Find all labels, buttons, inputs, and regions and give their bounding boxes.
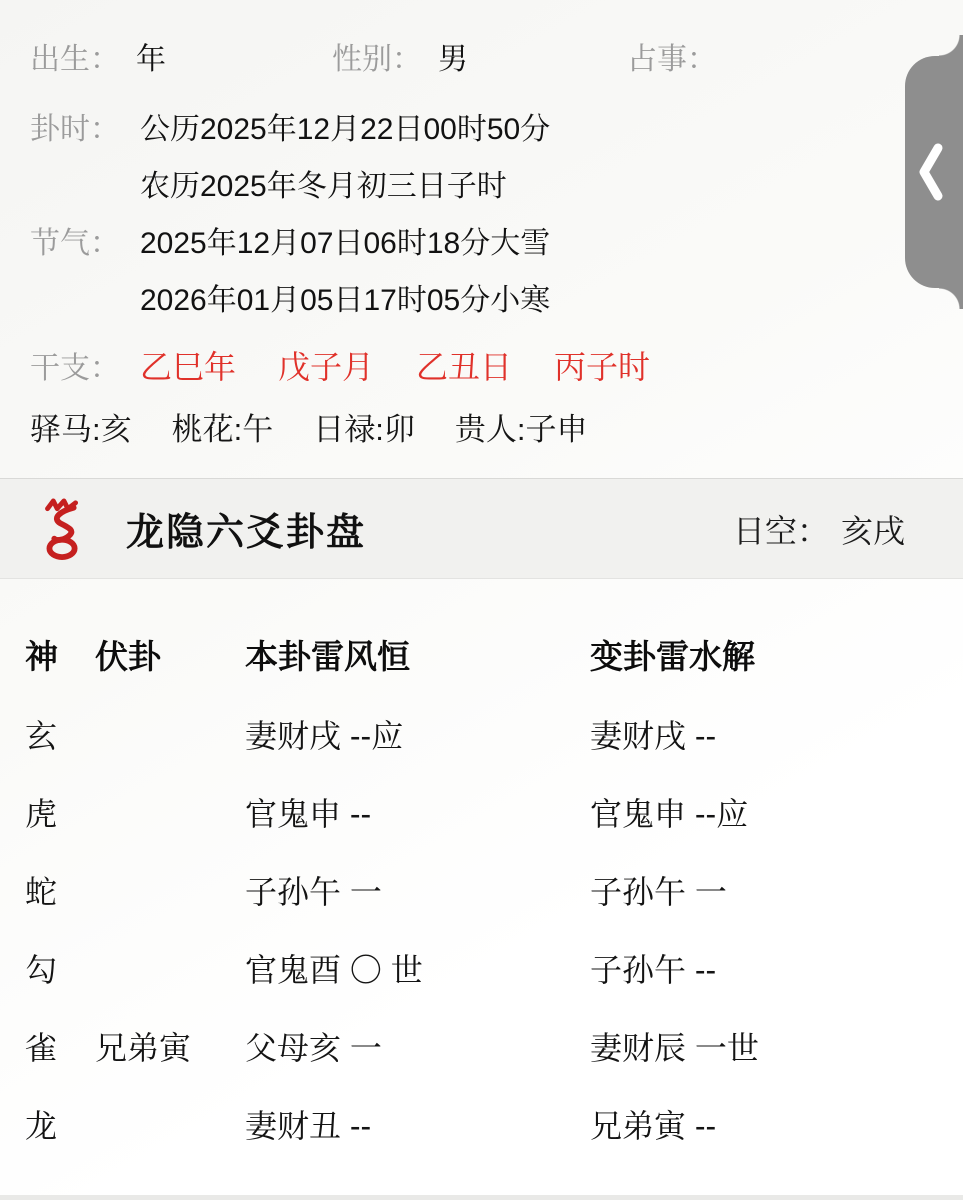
jieqi-block: 节气： 2025年12月07日06时18分大雪 2026年01月05日17时05… bbox=[30, 227, 963, 318]
rilu-label: 日禄: bbox=[313, 413, 384, 447]
biangua-cell: 妻财戌 -- bbox=[590, 720, 963, 753]
yima-star: 驿马:亥 bbox=[30, 413, 132, 447]
guiren-label: 贵人: bbox=[455, 413, 526, 447]
table-row: 蛇 子孙午 一 子孙午 一 bbox=[25, 876, 963, 909]
bengua-cell: 妻财戌 --应 bbox=[245, 720, 590, 753]
table-row: 虎 官鬼申 -- 官鬼申 --应 bbox=[25, 798, 963, 831]
table-header-row: 神 伏卦 本卦雷风恒 变卦雷水解 bbox=[25, 631, 963, 678]
guashi-label: 卦时： bbox=[30, 113, 140, 204]
rikong-field: 日空： 亥戌 bbox=[733, 506, 905, 552]
fugua-cell: 兄弟寅 bbox=[95, 1032, 245, 1065]
biangua-cell: 子孙午 一 bbox=[590, 876, 963, 909]
table-row: 雀 兄弟寅 父母亥 一 妻财辰 一世 bbox=[25, 1032, 963, 1065]
gender-field: 性别：男 bbox=[332, 43, 627, 77]
guiren-value: 子申 bbox=[526, 413, 588, 447]
bengua-cell: 妻财丑 -- bbox=[245, 1110, 590, 1143]
col-header-shen: 神 bbox=[25, 631, 95, 678]
biangua-cell: 妻财辰 一世 bbox=[590, 1032, 963, 1065]
liushen-cell: 雀 bbox=[25, 1032, 95, 1065]
table-row: 龙 妻财丑 -- 兄弟寅 -- bbox=[25, 1110, 963, 1143]
ganzhi-hour: 丙子时 bbox=[554, 350, 650, 384]
liushen-cell: 龙 bbox=[25, 1110, 95, 1143]
bengua-cell: 父母亥 一 bbox=[245, 1032, 590, 1065]
guashi-solar-date: 公历2025年12月22日00时50分 bbox=[140, 113, 550, 147]
birth-gender-row: 出生：年 性别：男 占事： bbox=[30, 43, 963, 77]
liushen-cell: 玄 bbox=[25, 720, 95, 753]
bengua-cell: 官鬼申 -- bbox=[245, 798, 590, 831]
liushen-cell: 勾 bbox=[25, 954, 95, 987]
jieqi-xiaohan: 2026年01月05日17时05分小寒 bbox=[140, 284, 550, 318]
biangua-cell: 官鬼申 --应 bbox=[590, 798, 963, 831]
ganzhi-month: 戊子月 bbox=[278, 350, 374, 384]
matter-field: 占事： bbox=[627, 43, 733, 77]
col-header-bengua: 本卦雷风恒 bbox=[245, 631, 590, 678]
guiren-star: 贵人:子申 bbox=[455, 413, 588, 447]
chevron-left-icon bbox=[911, 140, 951, 204]
rikong-label: 日空： bbox=[733, 506, 829, 552]
taohua-label: 桃花: bbox=[172, 413, 243, 447]
table-row: 玄 妻财戌 --应 妻财戌 -- bbox=[25, 720, 963, 753]
birth-value: 年 bbox=[136, 43, 166, 76]
rikong-value: 亥戌 bbox=[841, 506, 905, 552]
hexagram-table: 神 伏卦 本卦雷风恒 变卦雷水解 玄 妻财戌 --应 妻财戌 -- 虎 官鬼申 … bbox=[0, 579, 963, 1143]
side-drawer-handle[interactable] bbox=[905, 56, 963, 288]
biangua-cell: 子孙午 -- bbox=[590, 954, 963, 987]
jieqi-label: 节气： bbox=[30, 227, 140, 318]
ganzhi-row: 干支： 乙巳年 戊子月 乙丑日 丙子时 bbox=[30, 350, 963, 386]
liushen-cell: 虎 bbox=[25, 798, 95, 831]
gender-label: 性别： bbox=[332, 43, 422, 76]
guashi-block: 卦时： 公历2025年12月22日00时50分 农历2025年冬月初三日子时 bbox=[30, 113, 963, 204]
ganzhi-year: 乙巳年 bbox=[140, 350, 236, 384]
liushen-cell: 蛇 bbox=[25, 876, 95, 909]
birth-label: 出生： bbox=[30, 43, 120, 76]
dragon-seal-icon bbox=[38, 498, 88, 560]
birth-field: 出生：年 bbox=[30, 43, 332, 77]
next-section-divider bbox=[0, 1195, 963, 1200]
rilu-star: 日禄:卯 bbox=[313, 413, 415, 447]
page-title: 龙隐六爻卦盘 bbox=[126, 501, 366, 556]
ganzhi-label: 干支： bbox=[30, 352, 140, 386]
chart-info-section: 出生：年 性别：男 占事： 卦时： 公历2025年12月22日00时50分 农历… bbox=[0, 0, 963, 447]
table-row: 勾 官鬼酉 〇 世 子孙午 -- bbox=[25, 954, 963, 987]
rilu-value: 卯 bbox=[384, 413, 415, 447]
gender-value: 男 bbox=[438, 43, 468, 76]
ganzhi-day: 乙丑日 bbox=[416, 350, 512, 384]
guashi-lunar-date: 农历2025年冬月初三日子时 bbox=[140, 170, 550, 204]
col-header-biangua: 变卦雷水解 bbox=[590, 631, 963, 678]
col-header-fugua: 伏卦 bbox=[95, 631, 245, 678]
taohua-value: 午 bbox=[242, 413, 273, 447]
matter-label: 占事： bbox=[627, 43, 717, 76]
bengua-cell: 官鬼酉 〇 世 bbox=[245, 954, 590, 987]
bengua-cell: 子孙午 一 bbox=[245, 876, 590, 909]
taohua-star: 桃花:午 bbox=[172, 413, 274, 447]
yima-label: 驿马: bbox=[30, 413, 101, 447]
jieqi-daxue: 2025年12月07日06时18分大雪 bbox=[140, 227, 550, 261]
stars-row: 驿马:亥 桃花:午 日禄:卯 贵人:子申 bbox=[30, 413, 963, 447]
biangua-cell: 兄弟寅 -- bbox=[590, 1110, 963, 1143]
gua-pan-header-band: 龙隐六爻卦盘 日空： 亥戌 bbox=[0, 478, 963, 579]
yima-value: 亥 bbox=[101, 413, 132, 447]
